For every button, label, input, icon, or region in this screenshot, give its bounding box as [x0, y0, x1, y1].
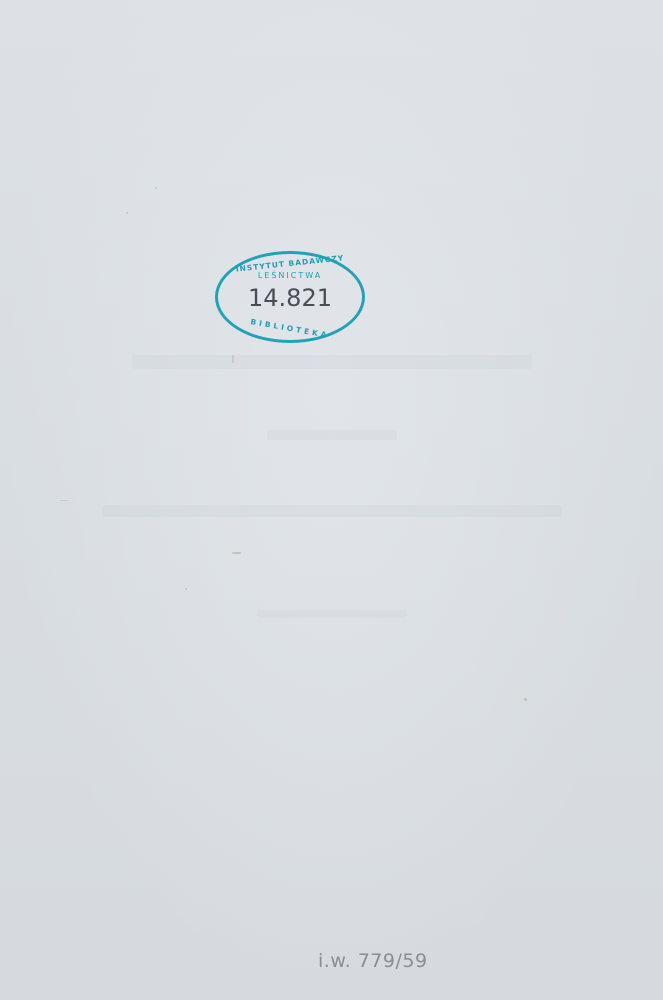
paper-speck [185, 588, 187, 590]
bleed-through-subtitle [102, 505, 562, 517]
stamp-department: BIBLIOTEKA [218, 312, 361, 346]
paper-speck [232, 552, 241, 554]
paper-speck [126, 212, 128, 214]
bleed-through-title [132, 355, 532, 369]
stamp-accession-number: 14.821 [218, 284, 362, 312]
bleed-through-line [257, 610, 407, 618]
inventory-note: i.w. 779/59 [318, 950, 428, 972]
paper-speck [155, 187, 157, 189]
document-page: INSTYTUT BADAWCZY LEŚNICTWA 14.821 BIBLI… [0, 0, 663, 1000]
bleed-through-line [267, 430, 397, 440]
paper-speck [60, 500, 68, 501]
paper-speck [524, 698, 527, 701]
stamp-field: LEŚNICTWA [218, 271, 362, 280]
library-stamp: INSTYTUT BADAWCZY LEŚNICTWA 14.821 BIBLI… [215, 251, 365, 343]
paper-speck [232, 355, 234, 363]
